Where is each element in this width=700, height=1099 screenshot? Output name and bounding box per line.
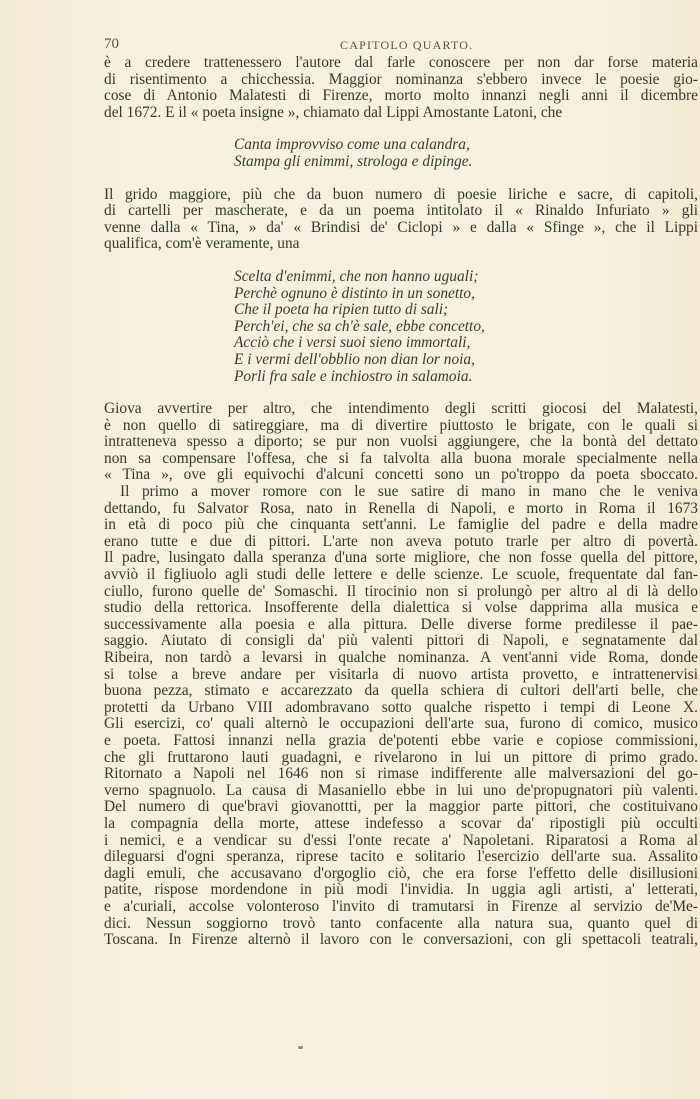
text-line: successivamente alla poesia e alla pittu…	[104, 617, 698, 634]
spacer	[104, 121, 698, 137]
text-line: dagli emuli, che accusavano d'orgoglio c…	[104, 866, 698, 883]
paper-speck	[298, 1046, 303, 1049]
text-line: Toscana. In Firenze alternò il lavoro co…	[104, 932, 698, 949]
page-number: 70	[104, 36, 119, 53]
book-page: 70 CAPITOLO QUARTO. è a credere trattene…	[0, 0, 700, 1099]
text-line: protetti da Urbano VIII adombravano sott…	[104, 700, 698, 717]
paragraph-3: Giova avvertire per altro, che intendime…	[104, 401, 698, 484]
text-line: qualifica, com'è veramente, una	[104, 236, 698, 253]
verse-line: Perch'ei, che sa ch'è sale, ebbe concett…	[234, 319, 698, 336]
text-line: del 1672. E il « poeta insigne », chiama…	[104, 105, 698, 122]
verse-line: Canta improvviso come una calandra,	[234, 137, 698, 154]
text-line: erano tutte e due di pittori. L'arte non…	[104, 534, 698, 551]
verse-line: Che il poeta ha ripien tutto di sali;	[234, 302, 698, 319]
text-line: è a credere trattenessero l'autore dal f…	[104, 55, 698, 72]
body-text: è a credere trattenessero l'autore dal f…	[104, 55, 698, 949]
paragraph-1: è a credere trattenessero l'autore dal f…	[104, 55, 698, 121]
spacer	[104, 253, 698, 269]
text-line: la compagnia della morte, attese indefes…	[104, 816, 698, 833]
text-line: è non quello di satireggiare, ma di dive…	[104, 418, 698, 435]
text-line: Ribeira, non tardò a levarsi in qualche …	[104, 650, 698, 667]
text-line: Ritornato a Napoli nel 1646 non si rimas…	[104, 766, 698, 783]
text-line: in età di poco più che cinquanta sett'an…	[104, 517, 698, 534]
text-line: dettando, fu Salvator Rosa, nato in Rene…	[104, 501, 698, 518]
text-line: di cartelli per mascherate, e da un poem…	[104, 203, 698, 220]
verse-line: Perchè ognuno è distinto in un sonetto,	[234, 286, 698, 303]
text-line: cose di Antonio Malatesti di Firenze, mo…	[104, 88, 698, 105]
paragraph-4: Il primo a mover romore con le sue satir…	[104, 484, 698, 949]
text-line: si tolse a breve andare per visitarla di…	[104, 667, 698, 684]
text-line: saggio. Aiutato di consigli da' più vale…	[104, 633, 698, 650]
text-line: intratteneva spesso a diporto; se pur no…	[104, 434, 698, 451]
text-line: Gli esercizi, co' quali alternò le occup…	[104, 716, 698, 733]
text-line: Il grido maggiore, più che da buon numer…	[104, 187, 698, 204]
spacer	[104, 385, 698, 401]
text-line: Del numero di que'bravi giovanottti, per…	[104, 799, 698, 816]
text-line: Giova avvertire per altro, che intendime…	[104, 401, 698, 418]
text-line: non sa compensare l'offesa, che si fa ta…	[104, 451, 698, 468]
text-line: dileguarsi d'ogni speranza, riprese taci…	[104, 849, 698, 866]
text-line: avviò il figliuolo agli studi delle lett…	[104, 567, 698, 584]
text-line: studio della rettorica. Insofferente del…	[104, 600, 698, 617]
text-line: e a'curiali, accolse volonteroso l'invit…	[104, 899, 698, 916]
text-line: buona pezza, stimato e accarezzato da qu…	[104, 683, 698, 700]
verse-quote-2: Scelta d'enimmi, che non hanno uguali; P…	[104, 269, 698, 385]
text-line: ciullo, furono quelle de' Somaschi. Il t…	[104, 584, 698, 601]
text-line: di risentimento a chicchessia. Maggior n…	[104, 72, 698, 89]
text-line: verno spagnuolo. La causa di Masaniello …	[104, 783, 698, 800]
verse-line: E i vermi dell'obblio non dian lor noia,	[234, 352, 698, 369]
verse-line: Acciò che i versi suoi sieno immortali,	[234, 335, 698, 352]
spacer	[104, 171, 698, 187]
text-line: patite, rispose mordendone in più modi l…	[104, 882, 698, 899]
running-head: 70 CAPITOLO QUARTO.	[104, 36, 700, 56]
verse-line: Porli fra sale e inchiostro in salamoia.	[234, 369, 698, 386]
text-line: « Tina », ove gli equivochi d'alcuni con…	[104, 467, 698, 484]
verse-quote-1: Canta improvviso come una calandra, Stam…	[104, 137, 698, 170]
paragraph-2: Il grido maggiore, più che da buon numer…	[104, 187, 698, 253]
text-line: e poeta. Fattosi innanzi nella grazia de…	[104, 733, 698, 750]
text-line: Il primo a mover romore con le sue satir…	[104, 484, 698, 501]
text-line: che gli fruttarono lauti guadagni, e riv…	[104, 750, 698, 767]
text-line: venne dalla « Tina, » da' « Brindisi de'…	[104, 220, 698, 237]
text-line: Il padre, lusingato dalla speranza d'una…	[104, 550, 698, 567]
verse-line: Stampa gli enimmi, strologa e dipinge.	[234, 154, 698, 171]
text-line: dici. Nessun soggiorno trovò tanto confa…	[104, 916, 698, 933]
chapter-title: CAPITOLO QUARTO.	[340, 38, 473, 53]
text-line: i nemici, e a vendicar su d'essi l'onte …	[104, 833, 698, 850]
verse-line: Scelta d'enimmi, che non hanno uguali;	[234, 269, 698, 286]
